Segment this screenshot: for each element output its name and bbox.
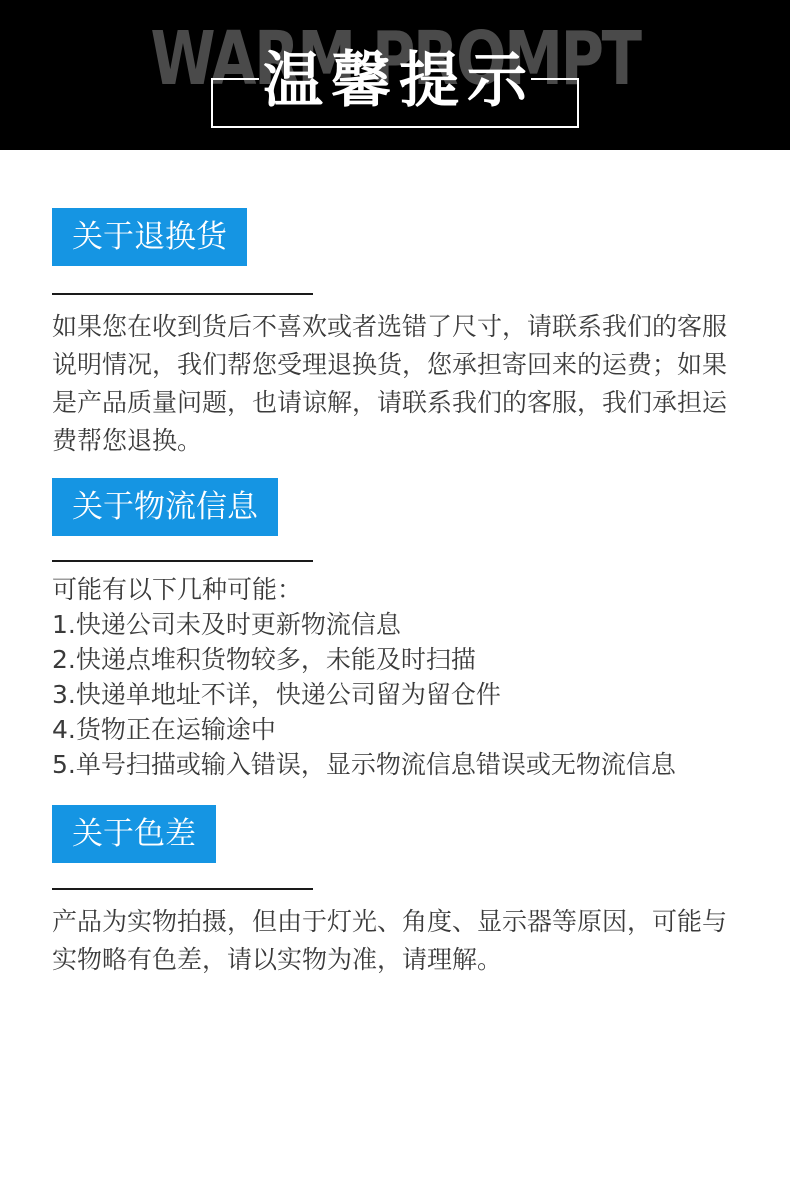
logistics-items: 1.快递公司未及时更新物流信息 2.快递点堆积货物较多，未能及时扫描 3.快递单… xyxy=(52,607,742,782)
color-difference-paragraph: 产品为实物拍摄，但由于灯光、角度、显示器等原因，可能与实物略有色差，请以实物为准… xyxy=(52,903,742,979)
notice-content: 关于退换货 如果您在收到货后不喜欢或者选错了尺寸，请联系我们的客服说明情况，我们… xyxy=(0,150,790,979)
list-item: 2.快递点堆积货物较多，未能及时扫描 xyxy=(52,642,742,677)
section-label-color-difference: 关于色差 xyxy=(52,805,216,863)
header-banner: WARM PROMPT 温馨提示 xyxy=(0,0,790,150)
page-title: 温馨提示 xyxy=(263,44,535,118)
section-label-logistics: 关于物流信息 xyxy=(52,478,278,536)
list-item: 4.货物正在运输途中 xyxy=(52,712,742,747)
logistics-list: 可能有以下几种可能： 1.快递公司未及时更新物流信息 2.快递点堆积货物较多，未… xyxy=(52,572,742,782)
divider-color-difference xyxy=(52,888,313,890)
section-label-returns: 关于退换货 xyxy=(52,208,247,266)
list-item: 1.快递公司未及时更新物流信息 xyxy=(52,607,742,642)
list-item: 5.单号扫描或输入错误，显示物流信息错误或无物流信息 xyxy=(52,747,742,782)
list-item: 3.快递单地址不详，快递公司留为留仓件 xyxy=(52,677,742,712)
logistics-intro: 可能有以下几种可能： xyxy=(52,572,742,607)
divider-returns xyxy=(52,293,313,295)
returns-paragraph: 如果您在收到货后不喜欢或者选错了尺寸，请联系我们的客服说明情况，我们帮您受理退换… xyxy=(52,308,742,460)
divider-logistics xyxy=(52,560,313,562)
